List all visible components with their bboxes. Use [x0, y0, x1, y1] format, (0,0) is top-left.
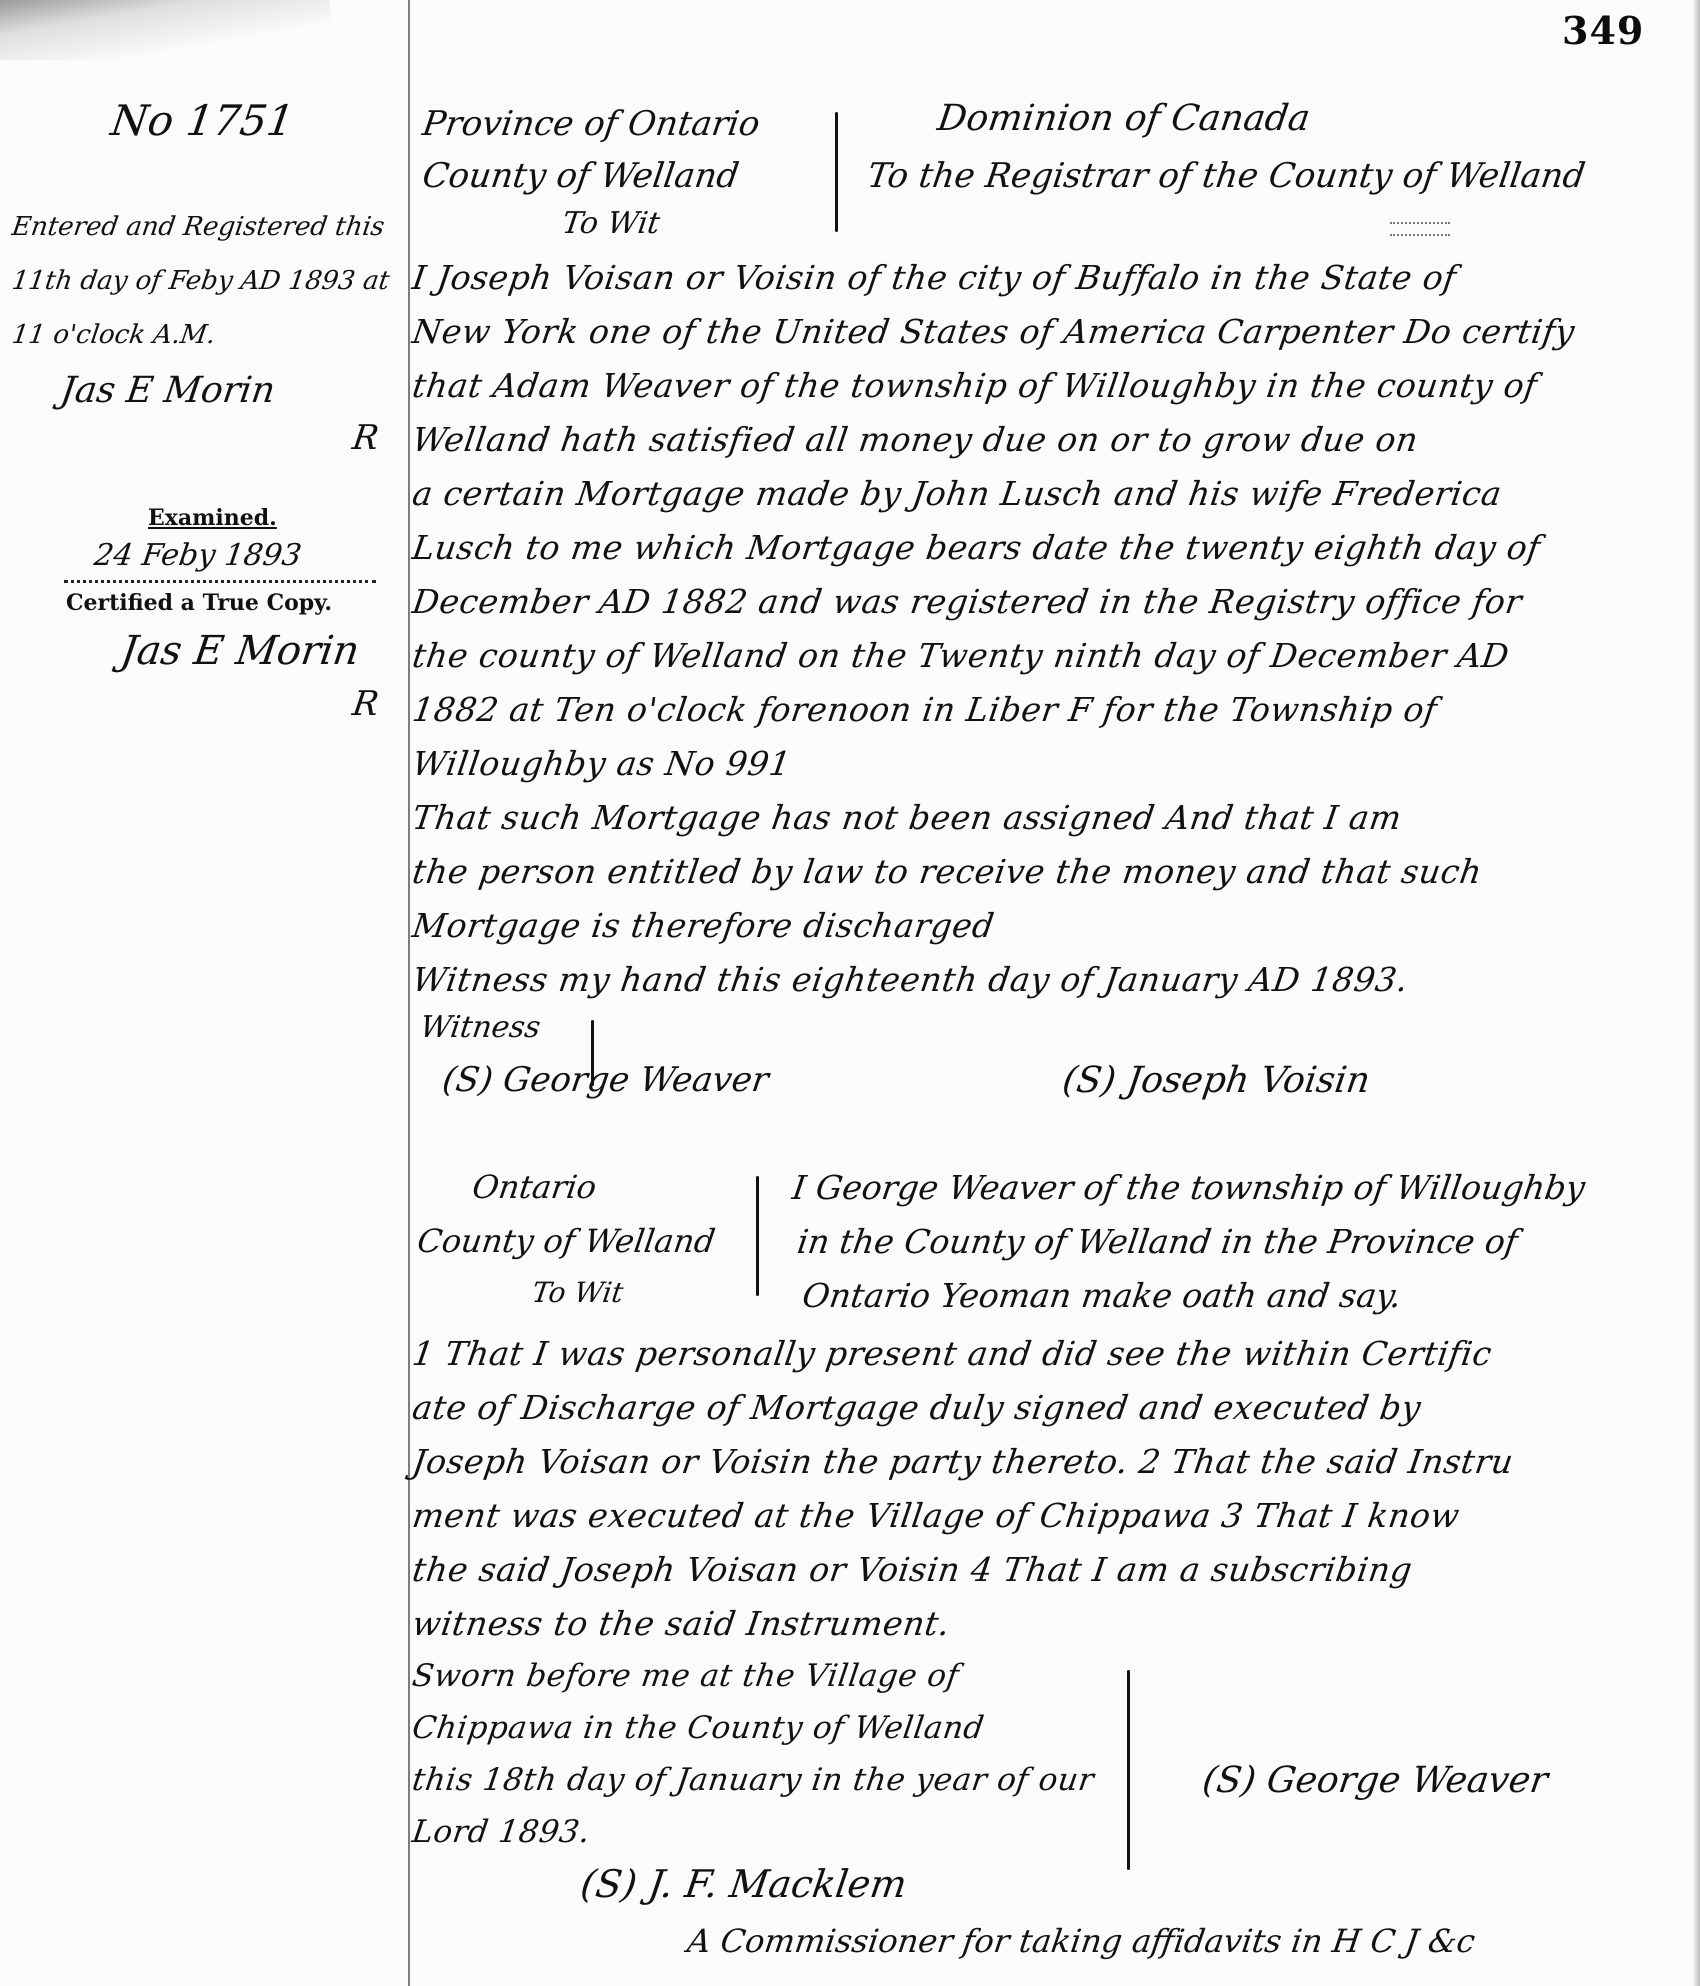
affidavit-line: ate of Discharge of Mortgage duly signed…	[410, 1388, 1424, 1427]
witness-label: Witness	[418, 1010, 543, 1045]
deponent-signature: (S) George Weaver	[1200, 1760, 1550, 1801]
examined-label: Examined.	[148, 505, 277, 531]
certificate-line: Mortgage is therefore discharged	[410, 906, 997, 945]
heading-bracket	[835, 112, 838, 232]
commissioner-signature: (S) J. F. Macklem	[578, 1862, 910, 1906]
certificate-line: the county of Welland on the Twenty nint…	[410, 636, 1512, 675]
affidavit-to-wit: To Wit	[530, 1276, 625, 1309]
heading-to-wit: To Wit	[560, 206, 662, 241]
heading-dominion: Dominion of Canada	[935, 98, 1313, 139]
page-number: 349	[1562, 8, 1644, 53]
affidavit-line: the said Joseph Voisan or Voisin 4 That …	[410, 1550, 1415, 1589]
jurat-line: this 18th day of January in the year of …	[410, 1762, 1096, 1798]
entry-line: 11th day of Feby AD 1893 at	[10, 266, 391, 296]
certificate-line: I Joseph Voisan or Voisin of the city of…	[410, 258, 1459, 297]
certificate-line: New York one of the United States of Ame…	[410, 312, 1577, 351]
heading-county: County of Welland	[420, 156, 741, 196]
commissioner-title: A Commissioner for taking affidavits in …	[685, 1922, 1478, 1960]
certificate-line: Welland hath satisfied all money due on …	[410, 420, 1421, 459]
certificate-line: 1882 at Ten o'clock forenoon in Liber F …	[410, 690, 1440, 729]
certified-signature: Jas E Morin	[118, 628, 362, 674]
affidavit-line: ment was executed at the Village of Chip…	[410, 1496, 1462, 1535]
affidavit-line: Joseph Voisan or Voisin the party theret…	[410, 1442, 1516, 1481]
entry-line: 11 o'clock A.M.	[10, 320, 217, 350]
certificate-line: Lusch to me which Mortgage bears date th…	[410, 528, 1543, 567]
witness-signature: (S) George Weaver	[440, 1060, 771, 1100]
registrar-suffix: R	[350, 418, 381, 458]
affidavit-line: 1 That I was personally present and did …	[410, 1334, 1494, 1373]
certified-label: Certified a True Copy.	[66, 590, 332, 616]
margin-rule	[408, 0, 410, 1986]
affidavit-line: witness to the said Instrument.	[410, 1604, 952, 1643]
heading-province: Province of Ontario	[420, 104, 762, 144]
heading-addressee: To the Registrar of the County of Wellan…	[865, 156, 1588, 196]
dotted-rule	[64, 580, 376, 583]
affidavit-county: County of Welland	[415, 1222, 718, 1260]
jurat-line: Sworn before me at the Village of	[410, 1658, 961, 1694]
faint-stamp-mark	[1390, 222, 1450, 236]
jurat-bracket	[1127, 1670, 1130, 1870]
examined-date: 24 Feby 1893	[92, 538, 304, 573]
affidavit-deponent-line: in the County of Welland in the Province…	[795, 1222, 1520, 1261]
jurat-line: Chippawa in the County of Welland	[410, 1710, 986, 1746]
certified-suffix: R	[350, 684, 381, 724]
certificate-line: That such Mortgage has not been assigned…	[410, 798, 1404, 837]
affidavit-deponent-line: Ontario Yeoman make oath and say.	[800, 1276, 1404, 1315]
certificate-line: a certain Mortgage made by John Lusch an…	[410, 474, 1504, 513]
signature-divider	[591, 1020, 594, 1086]
affidavit-province: Ontario	[470, 1168, 599, 1206]
registration-number: No 1751	[108, 96, 297, 145]
signer-signature: (S) Joseph Voisin	[1060, 1060, 1373, 1101]
page-edge	[1692, 0, 1700, 1986]
affidavit-bracket	[756, 1176, 759, 1296]
entry-line: Entered and Registered this	[10, 212, 386, 242]
jurat-line: Lord 1893.	[410, 1814, 593, 1850]
registrar-signature: Jas E Morin	[58, 370, 278, 411]
page-shadow	[0, 0, 330, 60]
affidavit-deponent-line: I George Weaver of the township of Willo…	[790, 1168, 1587, 1207]
certificate-line: Witness my hand this eighteenth day of J…	[410, 960, 1411, 999]
certificate-line: that Adam Weaver of the township of Will…	[410, 366, 1540, 405]
certificate-line: Willoughby as No 991	[410, 744, 794, 783]
certificate-line: the person entitled by law to receive th…	[410, 852, 1484, 891]
certificate-line: December AD 1882 and was registered in t…	[410, 582, 1525, 621]
